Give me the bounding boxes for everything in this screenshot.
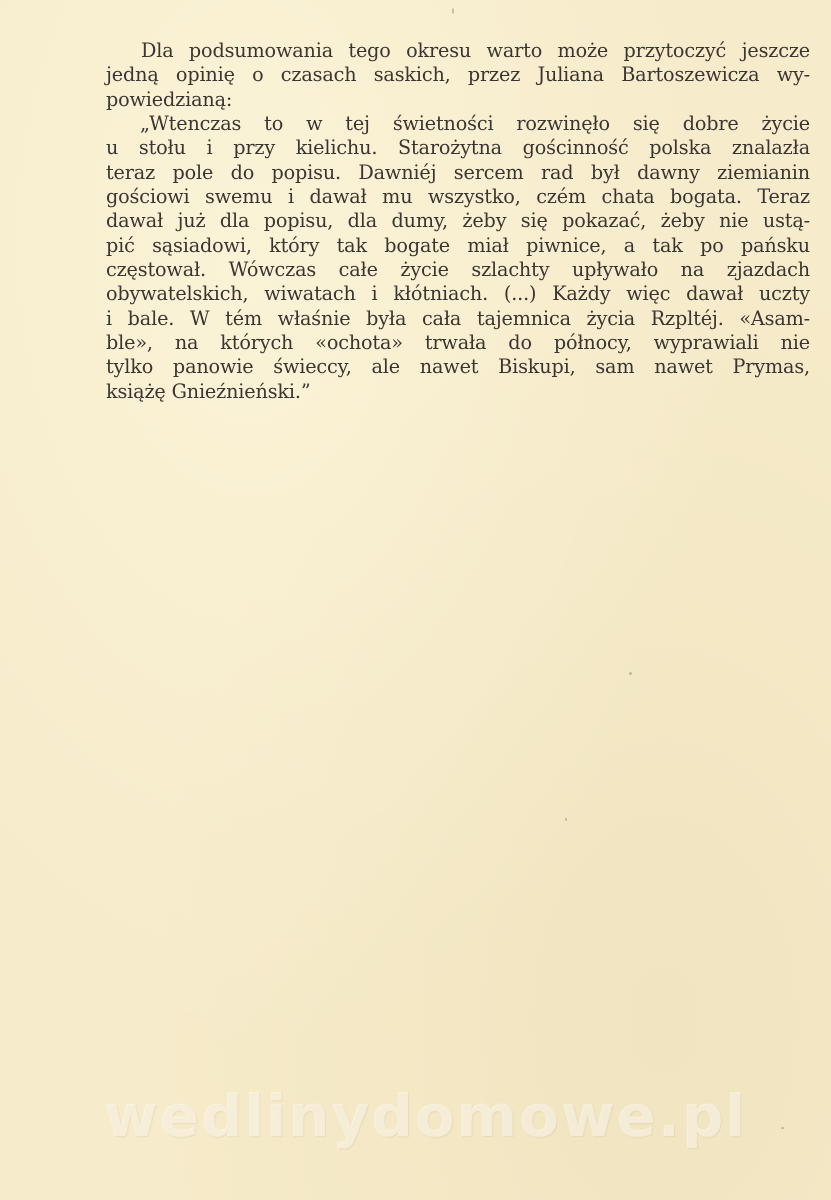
text-line: i bale. W tém właśnie była cała tajemnic… bbox=[106, 307, 810, 331]
text-line: obywatelskich, wiwatach i kłótniach. (..… bbox=[106, 282, 810, 306]
text-line: powiedzianą: bbox=[106, 88, 810, 112]
text-line: dawał już dla popisu, dla dumy, żeby się… bbox=[106, 209, 810, 233]
text-line: gościowi swemu i dawał mu wszystko, czém… bbox=[106, 185, 810, 209]
paper-speck bbox=[781, 1127, 784, 1129]
watermark: wedlinydomowe.pl bbox=[104, 1082, 747, 1150]
text-line: teraz pole do popisu. Dawniéj sercem rad… bbox=[106, 161, 810, 185]
text-line: częstował. Wówczas całe życie szlachty u… bbox=[106, 258, 810, 282]
paper-speck bbox=[452, 8, 454, 14]
text-line: tylko panowie świeccy, ale nawet Biskupi… bbox=[106, 355, 810, 379]
text-line: u stołu i przy kielichu. Starożytna gośc… bbox=[106, 136, 810, 160]
text-line: jedną opinię o czasach saskich, przez Ju… bbox=[106, 63, 810, 87]
text-line: książę Gnieźnieński.” bbox=[106, 380, 810, 404]
paper-speck bbox=[629, 672, 632, 675]
quote-paragraph: „Wtenczas to w tej świetności rozwinęło … bbox=[106, 112, 810, 404]
text-block: Dla podsumowania tego okresu warto może … bbox=[106, 39, 810, 404]
text-line: pić sąsiadowi, który tak bogate miał piw… bbox=[106, 234, 810, 258]
book-page: Dla podsumowania tego okresu warto może … bbox=[0, 0, 831, 1200]
intro-paragraph: Dla podsumowania tego okresu warto może … bbox=[106, 39, 810, 112]
text-line: Dla podsumowania tego okresu warto może … bbox=[106, 39, 810, 63]
paper-speck bbox=[565, 818, 567, 821]
text-line: „Wtenczas to w tej świetności rozwinęło … bbox=[106, 112, 810, 136]
text-line: ble», na których «ochota» trwała do półn… bbox=[106, 331, 810, 355]
